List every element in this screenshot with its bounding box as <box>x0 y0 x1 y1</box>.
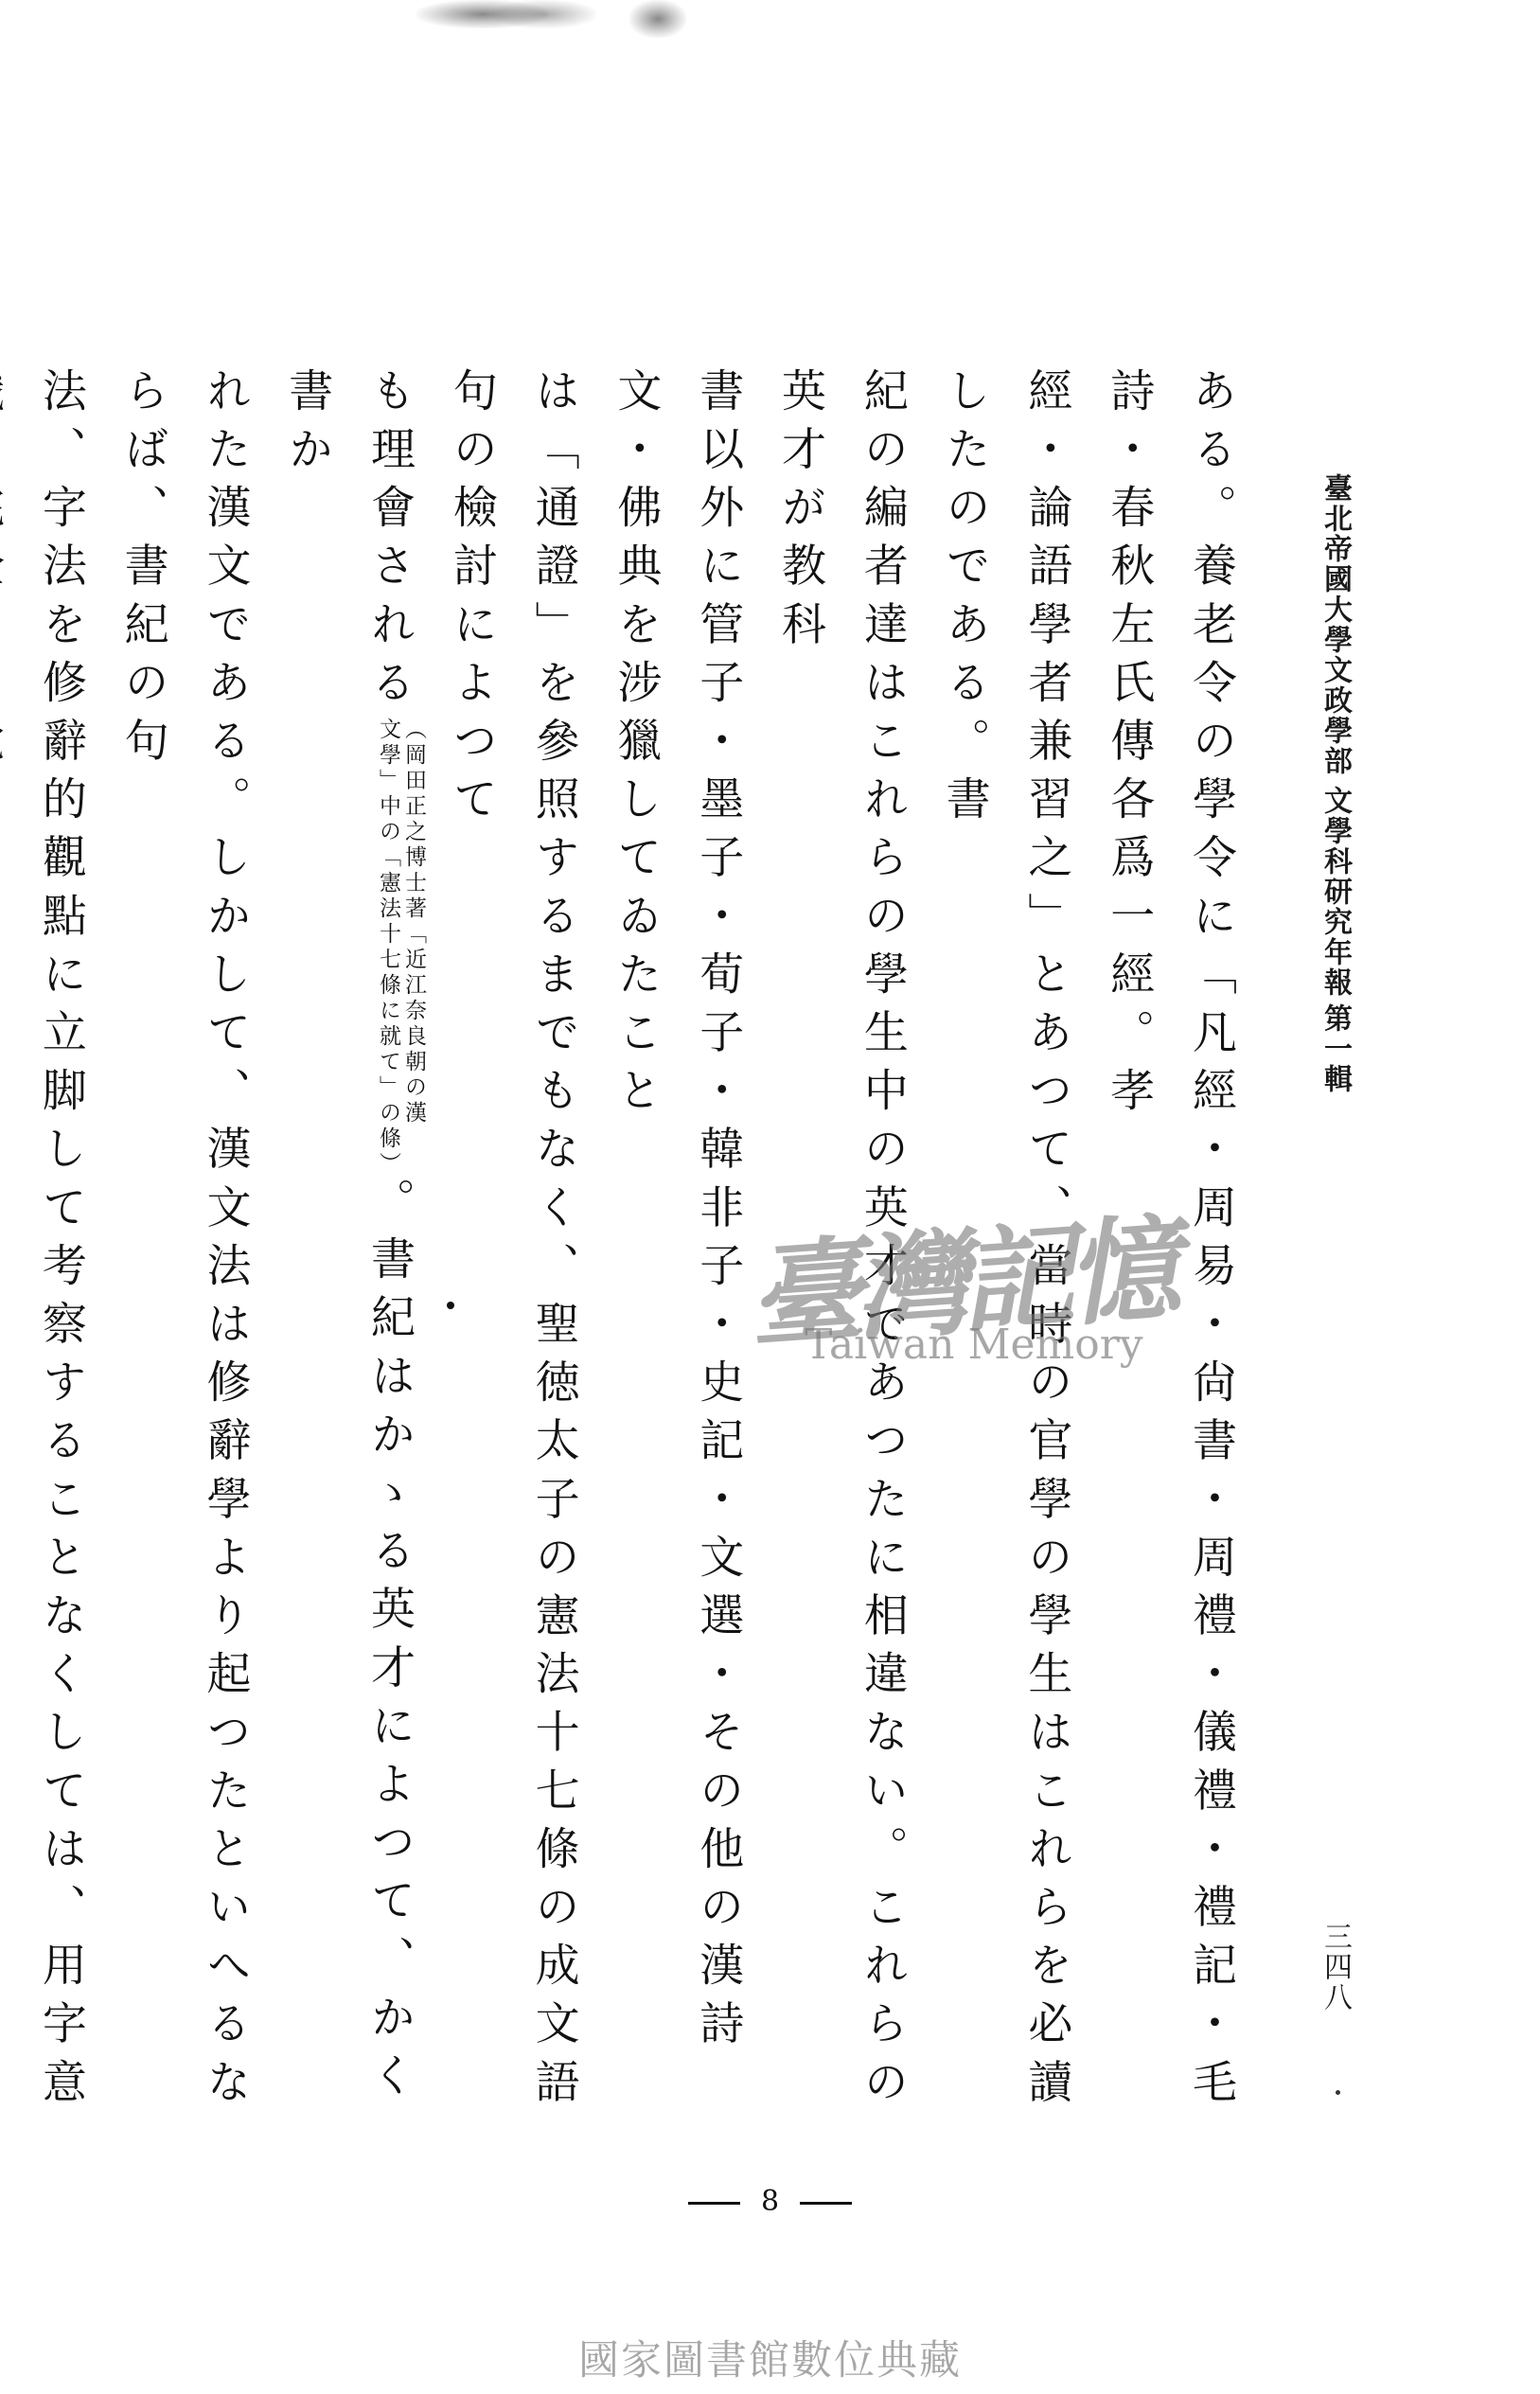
text-column-2: 經・論語學者兼習之」とあつて、當時の官學の學生はこれらを必讀したのである。書 <box>923 367 1088 2119</box>
page-number-dash-left <box>688 2202 740 2205</box>
interlinear-note: （岡田正之博士著「近江奈良朝の漢文學」中の「憲法十七條に就て」の條） <box>375 718 426 1178</box>
text-column-8: 法、字法を修辭的觀點に立脚して考察することなくしては、用字意識の完全なる說 <box>0 367 101 2119</box>
scan-speck <box>1336 2090 1340 2095</box>
page-number-dash-right <box>800 2202 852 2205</box>
note-line-left: 文學」中の「憲法十七條に就て」の條） <box>375 718 400 1178</box>
column6-text-before: も理會される <box>363 367 416 718</box>
text-column-6: も理會される（岡田正之博士著「近江奈良朝の漢文學」中の「憲法十七條に就て」の條）… <box>265 367 430 2119</box>
scan-speck <box>447 1302 454 1309</box>
body-text: ある。養老令の學令に「凡經・周易・尙書・周禮・儀禮・禮記・毛詩・春秋左氏傳各爲一… <box>0 367 1251 2119</box>
scan-artifact <box>492 0 596 28</box>
page-number-value: 8 <box>761 2185 779 2218</box>
text-column-5: は「通證」を參照するまでもなく、聖徳太子の憲法十七條の成文語句の檢討によつて <box>430 367 594 2119</box>
text-column-7: れた漢文である。しかして、漢文法は修辭學より起つたといへるならば、書紀の句 <box>101 367 266 2119</box>
scan-artifact <box>629 0 686 38</box>
page-number: 8 <box>0 2185 1540 2218</box>
running-head: 臺北帝國大學文政學部 文學科研究年報 第一輯 三四八 <box>1306 473 1363 2101</box>
institution-title: 臺北帝國大學文政學部 <box>1306 473 1363 776</box>
note-line-right: （岡田正之博士著「近江奈良朝の漢 <box>400 718 426 1178</box>
issue-label: 第一輯 <box>1306 1003 1363 1094</box>
text-column-1: ある。養老令の學令に「凡經・周易・尙書・周禮・儀禮・禮記・毛詩・春秋左氏傳各爲一… <box>1087 367 1251 2119</box>
text-column-3: 紀の編者達はこれらの學生中の英才であつたに相違ない。これらの英才が教科 <box>758 367 923 2119</box>
national-library-watermark: 國家圖書館數位典藏 <box>0 2329 1540 2386</box>
text-column-4: 書以外に管子・墨子・荀子・韓非子・史記・文選・その他の漢詩文・佛典を涉獵してゐた… <box>594 367 759 2119</box>
journal-title: 文學科研究年報 <box>1306 786 1363 998</box>
original-page-number: 三四八 <box>1306 1922 1363 2013</box>
